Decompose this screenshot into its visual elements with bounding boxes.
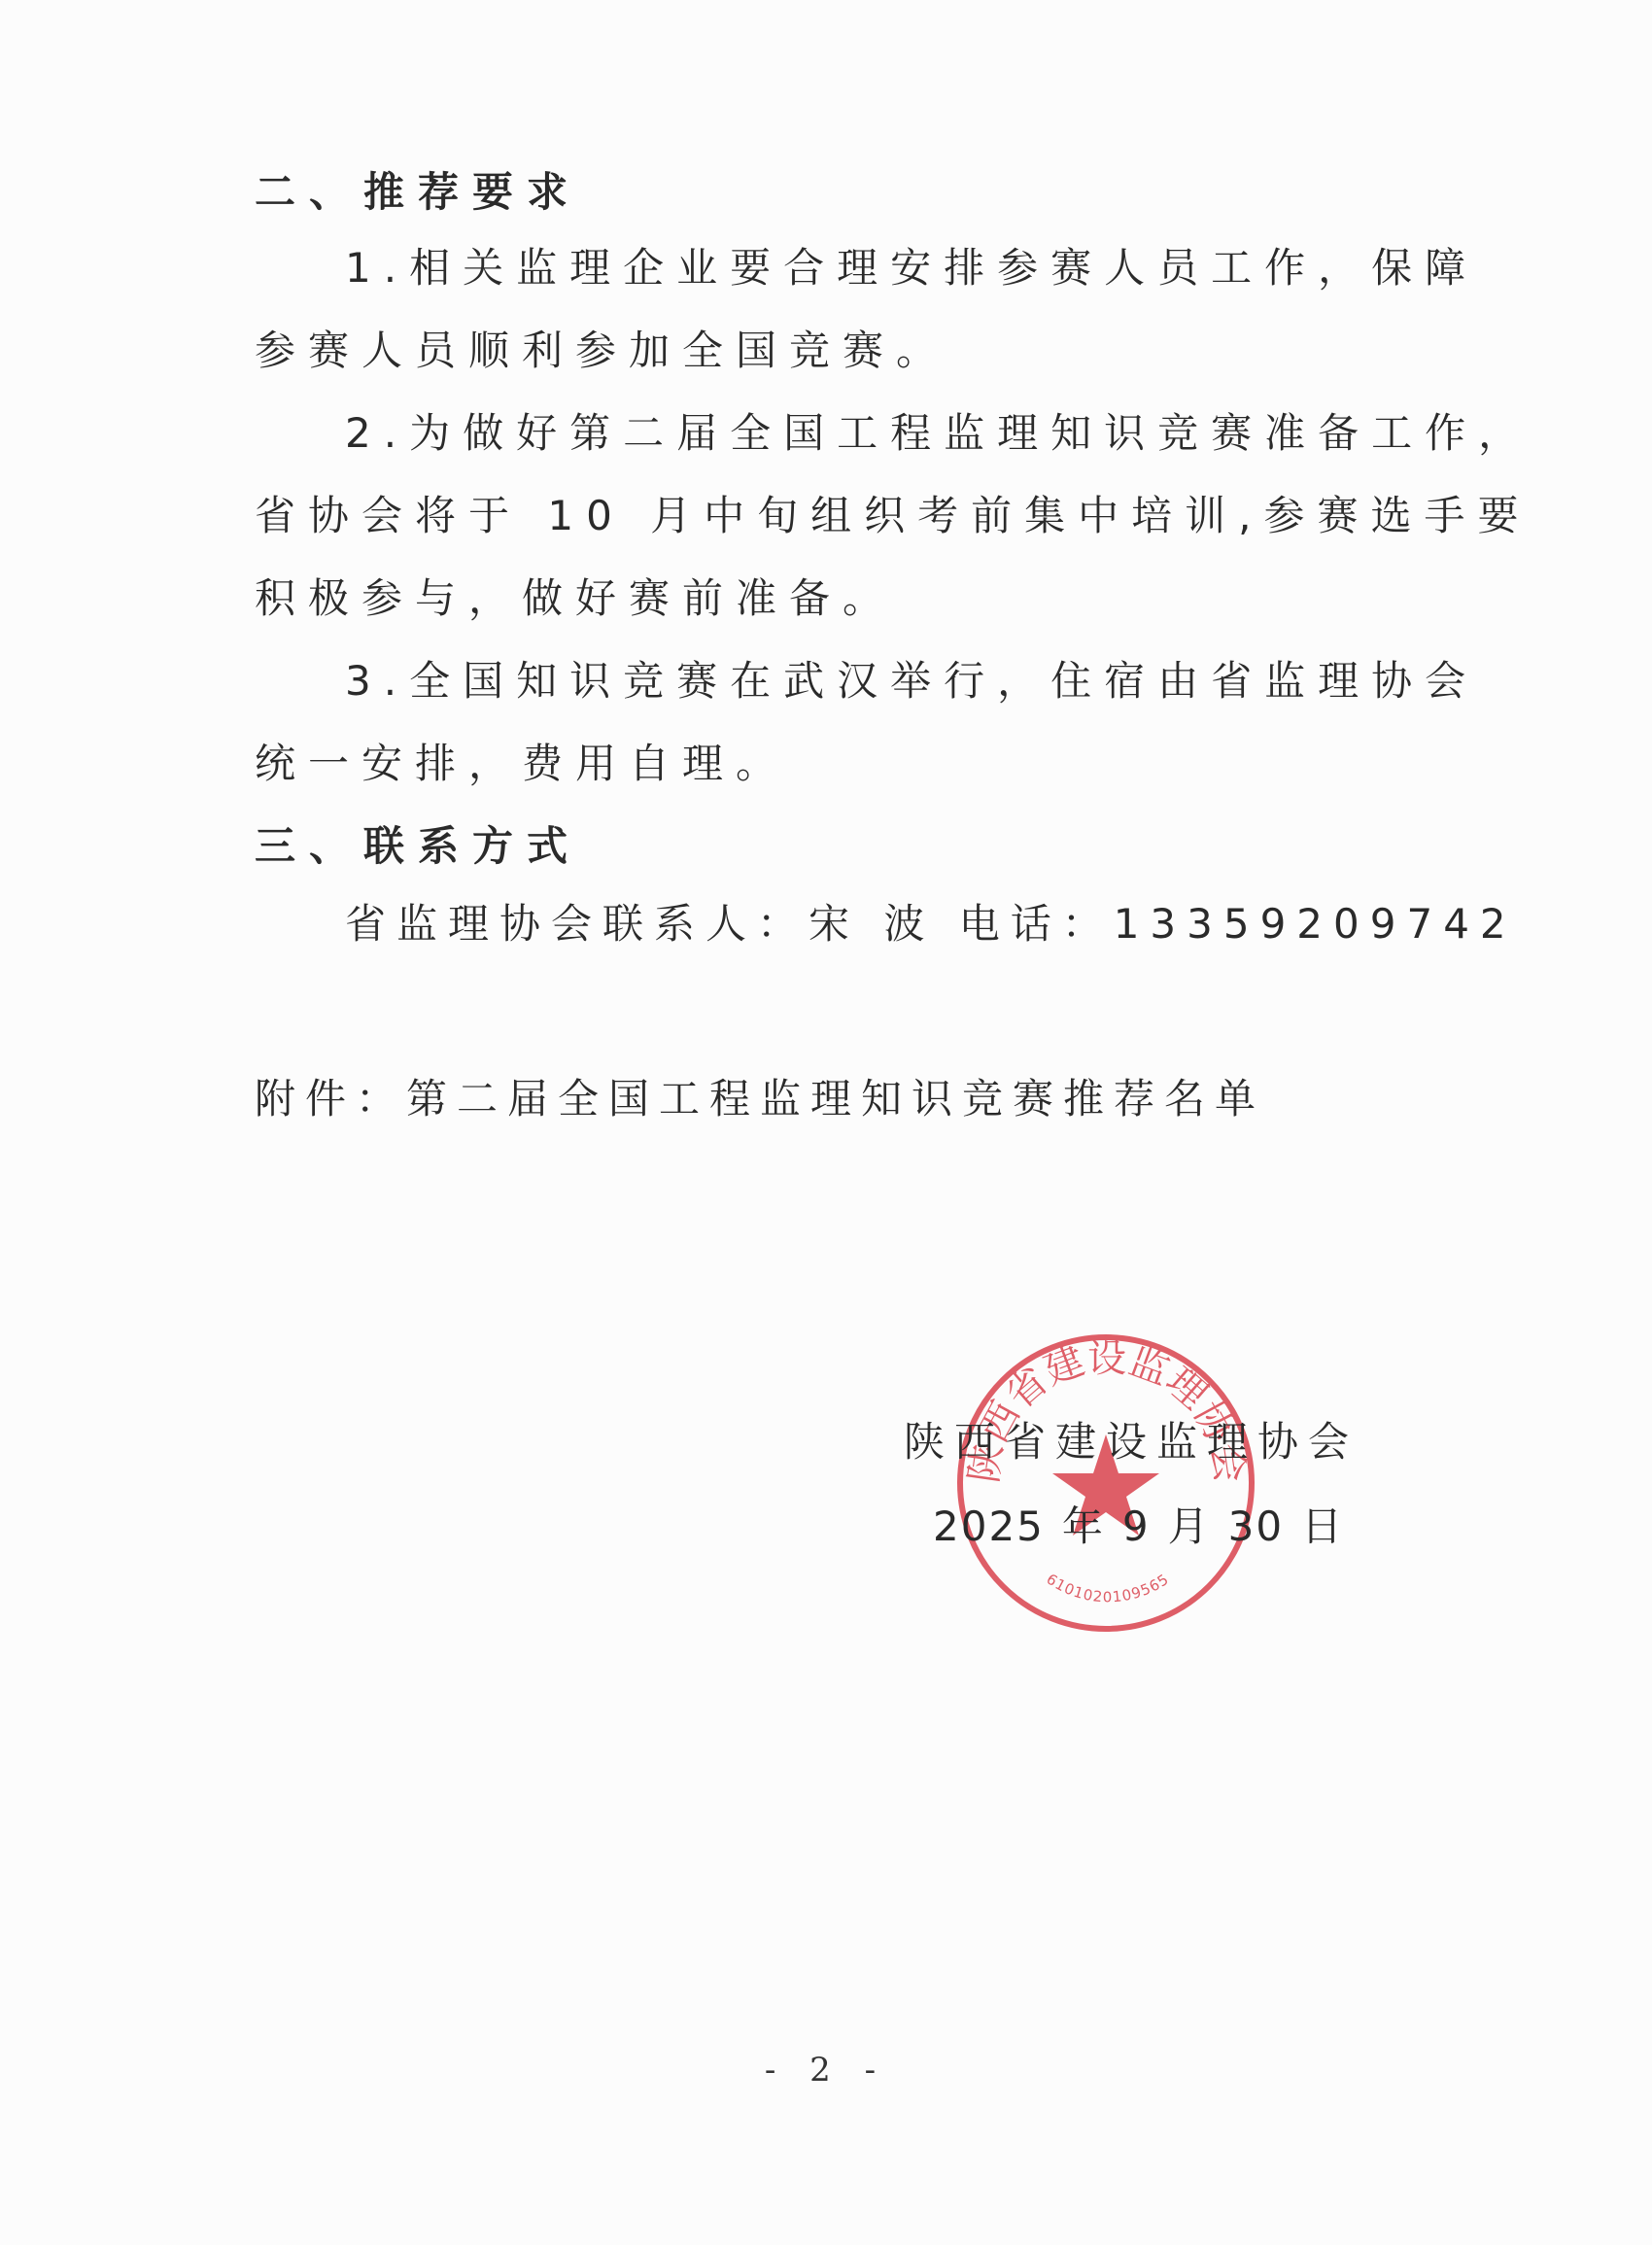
contact-line: 省监理协会联系人：宋 波 电话：13359209742 [345, 904, 1517, 945]
requirement-3-line-1: 3.全国知识竞赛在武汉举行，住宿由省监理协会 [345, 661, 1478, 702]
requirement-2-line-3: 积极参与，做好赛前准备。 [255, 578, 896, 619]
stamp-code: 6101020109565 [1044, 1571, 1173, 1606]
page-number: - 2 - [0, 2051, 1652, 2090]
requirement-2-line-1: 2.为做好第二届全国工程监理知识竞赛准备工作， [345, 413, 1532, 454]
section-heading-contact: 三、联系方式 [255, 826, 581, 867]
attachment-line: 附件：第二届全国工程监理知识竞赛推荐名单 [255, 1079, 1265, 1120]
svg-text:6101020109565: 6101020109565 [1044, 1571, 1173, 1606]
section-heading-requirements: 二、推荐要求 [255, 172, 581, 213]
requirement-1-line-1: 1.相关监理企业要合理安排参赛人员工作，保障 [345, 248, 1478, 289]
signature-organization: 陕西省建设监理协会 [904, 1422, 1359, 1463]
requirement-1-line-2: 参赛人员顺利参加全国竞赛。 [255, 330, 949, 371]
official-seal-stamp: 陕西省建设监理协会 6101020109565 [952, 1330, 1259, 1637]
date-year: 2025 [933, 1502, 1045, 1550]
requirement-3-line-2: 统一安排，费用自理。 [255, 743, 789, 784]
signature-date: 2025年9月30日 [933, 1506, 1344, 1547]
date-month-unit: 月 [1168, 1502, 1211, 1550]
date-day: 30 [1228, 1502, 1284, 1550]
requirement-2-line-2: 省协会将于 10 月中旬组织考前集中培训,参赛选手要 [255, 496, 1532, 536]
date-month: 9 [1122, 1502, 1151, 1550]
date-year-unit: 年 [1062, 1502, 1105, 1550]
document-page: 二、推荐要求 1.相关监理企业要合理安排参赛人员工作，保障 参赛人员顺利参加全国… [0, 0, 1652, 2245]
date-day-unit: 日 [1301, 1502, 1344, 1550]
